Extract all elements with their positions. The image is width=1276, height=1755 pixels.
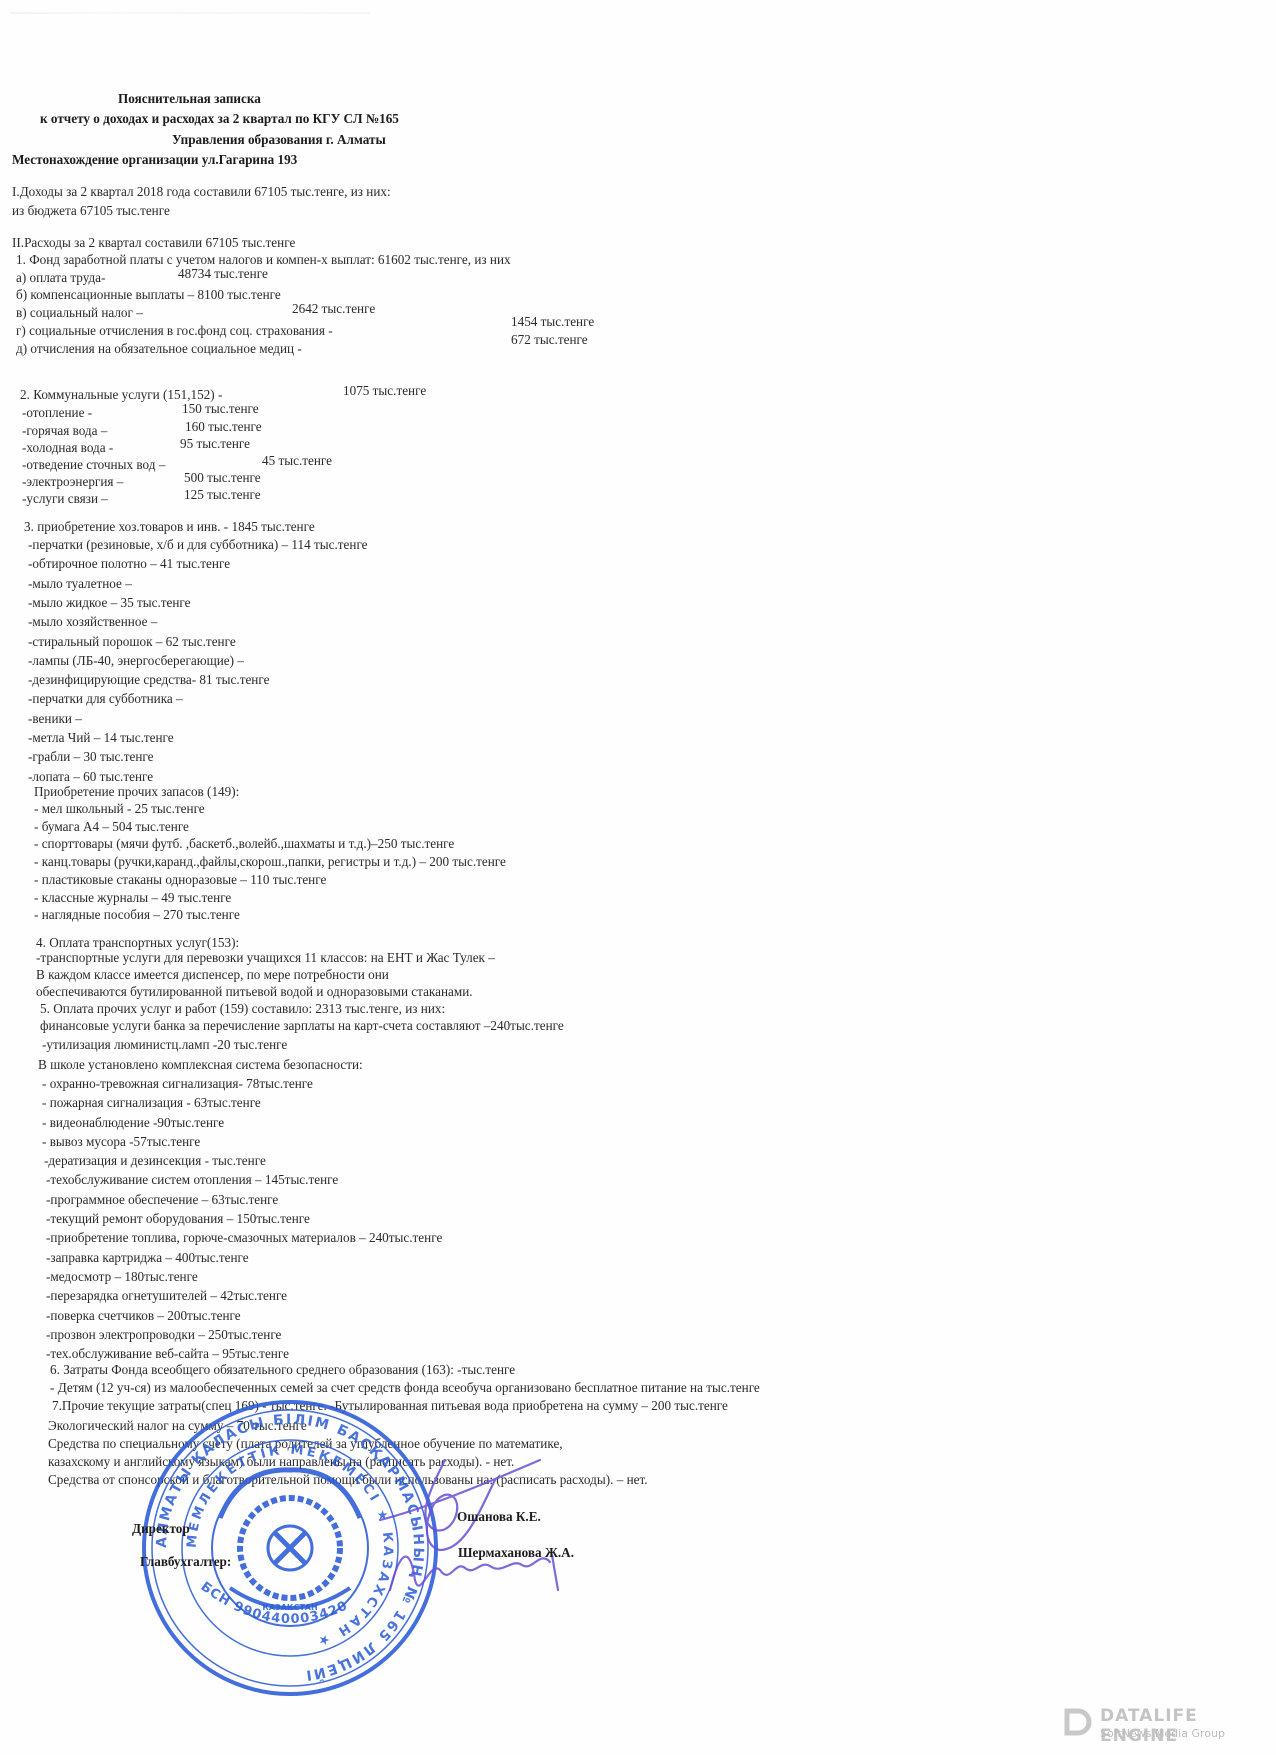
- utilities-item-label: -отведение сточных вод –: [22, 457, 165, 473]
- payroll-item-label: б) компенсационные выплаты – 8100 тыс.те…: [16, 287, 281, 303]
- supplies-item: -мыло жидкое – 35 тыс.тенге: [28, 595, 191, 611]
- services-item: финансовые услуги банка за перечисление …: [40, 1018, 564, 1034]
- utilities-item-label: -электроэнергия –: [22, 474, 123, 490]
- services-item: -перезарядка огнетушителей – 42тыс.тенге: [46, 1288, 287, 1304]
- payroll-item-value: 672 тыс.тенге: [511, 332, 588, 348]
- services-item: -техобслуживание систем отопления – 145т…: [46, 1172, 338, 1188]
- other-stock-item: - бумага А4 – 504 тыс.тенге: [34, 819, 189, 835]
- services-item: -медосмотр – 180тыс.тенге: [46, 1269, 198, 1285]
- supplies-item: -лопата – 60 тыс.тенге: [28, 769, 153, 785]
- supplies-item: -лампы (ЛБ-40, энергосберегающие) –: [28, 653, 244, 669]
- utilities-item-value: 125 тыс.тенге: [184, 487, 261, 503]
- other-stock-item: - спорттовары (мячи футб. ,баскетб.,воле…: [34, 836, 454, 852]
- services-item: - видеонаблюдение -90тыс.тенге: [42, 1115, 224, 1131]
- transport-item: -транспортные услуги для перевозки учащи…: [36, 950, 495, 966]
- other-stock-item: - пластиковые стаканы одноразовые – 110 …: [34, 872, 326, 888]
- services-item: - вывоз мусора -57тыс.тенге: [42, 1134, 200, 1150]
- organization-location: Местонахождение организации ул.Гагарина …: [12, 152, 297, 168]
- supplies-item: -стиральный порошок – 62 тыс.тенге: [28, 634, 236, 650]
- utilities-item-value: 500 тыс.тенге: [184, 470, 261, 486]
- payroll-item-value: 1454 тыс.тенге: [511, 314, 594, 330]
- services-item: -текущий ремонт оборудования – 150тыс.те…: [46, 1211, 310, 1227]
- utilities-item-label: -отопление -: [22, 405, 92, 421]
- payroll-item-label: д) отчисления на обязательное социальное…: [16, 341, 302, 357]
- utilities-item-label: -горячая вода –: [22, 423, 107, 439]
- payroll-item-value: 2642 тыс.тенге: [292, 301, 375, 317]
- services-item: В школе установлено комплексная система …: [38, 1057, 363, 1073]
- income-total: I.Доходы за 2 квартал 2018 года составил…: [12, 184, 391, 200]
- transport-heading: 4. Оплата транспортных услуг(153):: [36, 935, 239, 951]
- services-item: -заправка картриджа – 400тыс.тенге: [46, 1250, 249, 1266]
- document-title: Пояснительная записка: [118, 91, 261, 107]
- services-item: -утилизация люминистц.ламп -20 тыс.тенге: [42, 1037, 287, 1053]
- services-heading: 5. Оплата прочих услуг и работ (159) сос…: [40, 1001, 445, 1017]
- watermark-title: DATALIFE ENGINE: [1100, 1706, 1270, 1746]
- supplies-item: -мыло хозяйственное –: [28, 614, 157, 630]
- handwritten-signature: [240, 1450, 570, 1620]
- watermark: DATALIFE ENGINE SoftNews Media Group: [1060, 1700, 1270, 1750]
- payroll-item-label: г) социальные отчисления в гос.фонд соц.…: [16, 323, 333, 339]
- utilities-item-value: 95 тыс.тенге: [180, 436, 250, 452]
- accountant-label: Главбухгалтер:: [140, 1554, 231, 1570]
- director-name: Ошанова К.Е.: [457, 1509, 541, 1525]
- supplies-item: -грабли – 30 тыс.тенге: [28, 749, 153, 765]
- other-stock-item: - канц.товары (ручки,каранд.,файлы,скоро…: [34, 854, 506, 870]
- transport-item: В каждом классе имеется диспенсер, по ме…: [36, 967, 389, 983]
- other-stock-item: - мел школьный - 25 тыс.тенге: [34, 801, 205, 817]
- supplies-item: -дезинфицирующие средства- 81 тыс.тенге: [28, 672, 269, 688]
- utilities-item-label: -холодная вода -: [22, 440, 113, 456]
- transport-item: обеспечиваются бутилированной питьевой в…: [36, 984, 473, 1000]
- payroll-item-label: в) социальный налог –: [16, 305, 143, 321]
- services-item: - охранно-тревожная сигнализация- 78тыс.…: [42, 1076, 313, 1092]
- other-stock-item: - наглядные пособия – 270 тыс.тенге: [34, 907, 240, 923]
- utilities-total: 1075 тыс.тенге: [343, 383, 426, 399]
- supplies-item: -перчатки (резиновые, х/б и для субботни…: [28, 537, 368, 553]
- services-item: -прозвон электропроводки – 250тыс.тенге: [46, 1327, 281, 1343]
- utilities-item-label: -услуги связи –: [22, 491, 108, 507]
- document-subtitle-1: к отчету о доходах и расходах за 2 кварт…: [40, 111, 399, 127]
- supplies-item: -веники –: [28, 711, 82, 727]
- other-stock-heading: Приобретение прочих запасов (149):: [34, 784, 239, 800]
- document-subtitle-2: Управления образования г. Алматы: [172, 132, 386, 148]
- supplies-item: -мыло туалетное –: [28, 576, 132, 592]
- supplies-item: -обтирочное полотно – 41 тыс.тенге: [28, 556, 230, 572]
- fund-heading: 6. Затраты Фонда всеобщего обязательного…: [50, 1362, 515, 1378]
- other-stock-item: - классные журналы – 49 тыс.тенге: [34, 890, 231, 906]
- scan-artifact: [10, 12, 370, 14]
- utilities-item-value: 45 тыс.тенге: [262, 453, 332, 469]
- income-budget: из бюджета 67105 тыс.тенге: [12, 203, 170, 219]
- services-item: -дератизация и дезинсекция - тыс.тенге: [44, 1153, 266, 1169]
- supplies-item: -метла Чий – 14 тыс.тенге: [28, 730, 174, 746]
- director-label: Директор: [132, 1521, 190, 1537]
- services-item: - пожарная сигнализация - 63тыс.тенге: [42, 1095, 261, 1111]
- utilities-item-value: 160 тыс.тенге: [185, 419, 262, 435]
- payroll-item-value: 48734 тыс.тенге: [178, 266, 268, 282]
- payroll-item-label: а) оплата труда-: [16, 270, 105, 286]
- services-item: -программное обеспечение – 63тыс.тенге: [46, 1192, 278, 1208]
- supplies-item: -перчатки для субботника –: [28, 691, 183, 707]
- accountant-name: Шермаханова Ж.А.: [458, 1545, 574, 1561]
- expenses-total: II.Расходы за 2 квартал составили 67105 …: [12, 235, 295, 251]
- fund-line: - Детям (12 уч-ся) из малообеспеченных с…: [50, 1380, 760, 1396]
- services-item: -тех.обслуживание веб-сайта – 95тыс.тенг…: [46, 1346, 289, 1362]
- datalife-logo-icon: [1064, 1708, 1092, 1736]
- utilities-item-value: 150 тыс.тенге: [182, 401, 259, 417]
- services-item: -приобретение топлива, горюче-смазочных …: [46, 1230, 442, 1246]
- services-item: -поверка счетчиков – 200тыс.тенге: [46, 1308, 241, 1324]
- supplies-heading: 3. приобретение хоз.товаров и инв. - 184…: [24, 519, 315, 535]
- watermark-subtitle: SoftNews Media Group: [1100, 1727, 1225, 1740]
